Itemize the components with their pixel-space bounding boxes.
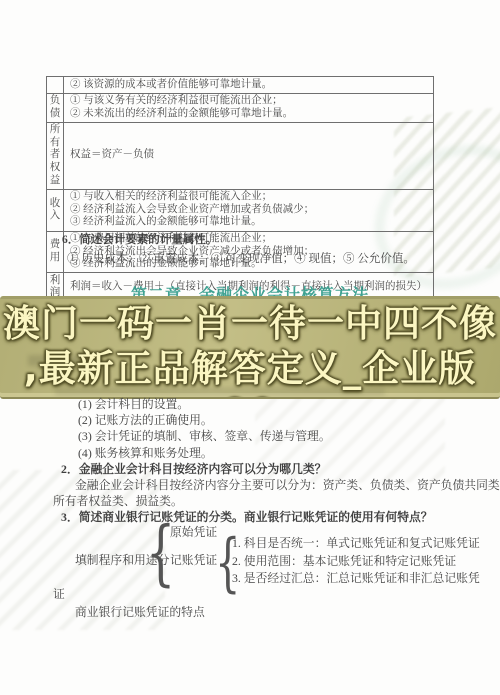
branch-bookkeeping-voucher: 记账凭证 — [170, 551, 217, 568]
diagram-footer: 商业银行记账凭证的特点 — [75, 603, 205, 620]
diagram-leaf: 1. 科目是否统一：单式记账凭证和复式记账凭证 — [232, 534, 480, 551]
voucher-classification-diagram: 填制程序和用途分 { 原始凭证 记账凭证 { 1. 科目是否统一：单式记账凭证和… — [0, 0, 500, 695]
wrapped-overflow-char: 证 — [53, 585, 65, 602]
branch-original-voucher: 原始凭证 — [170, 523, 217, 540]
diagram-leaf: 2. 使用范围：基本记账凭证和特定记账凭证 — [232, 552, 456, 569]
page-root: ② 该资源的成本或者价值能够可靠地计量。 负债 ① 与该义务有关的经济利益很可能… — [0, 0, 500, 695]
diagram-leaf: 3. 是否经过汇总：汇总记账凭证和非汇总记账凭 — [232, 569, 480, 586]
